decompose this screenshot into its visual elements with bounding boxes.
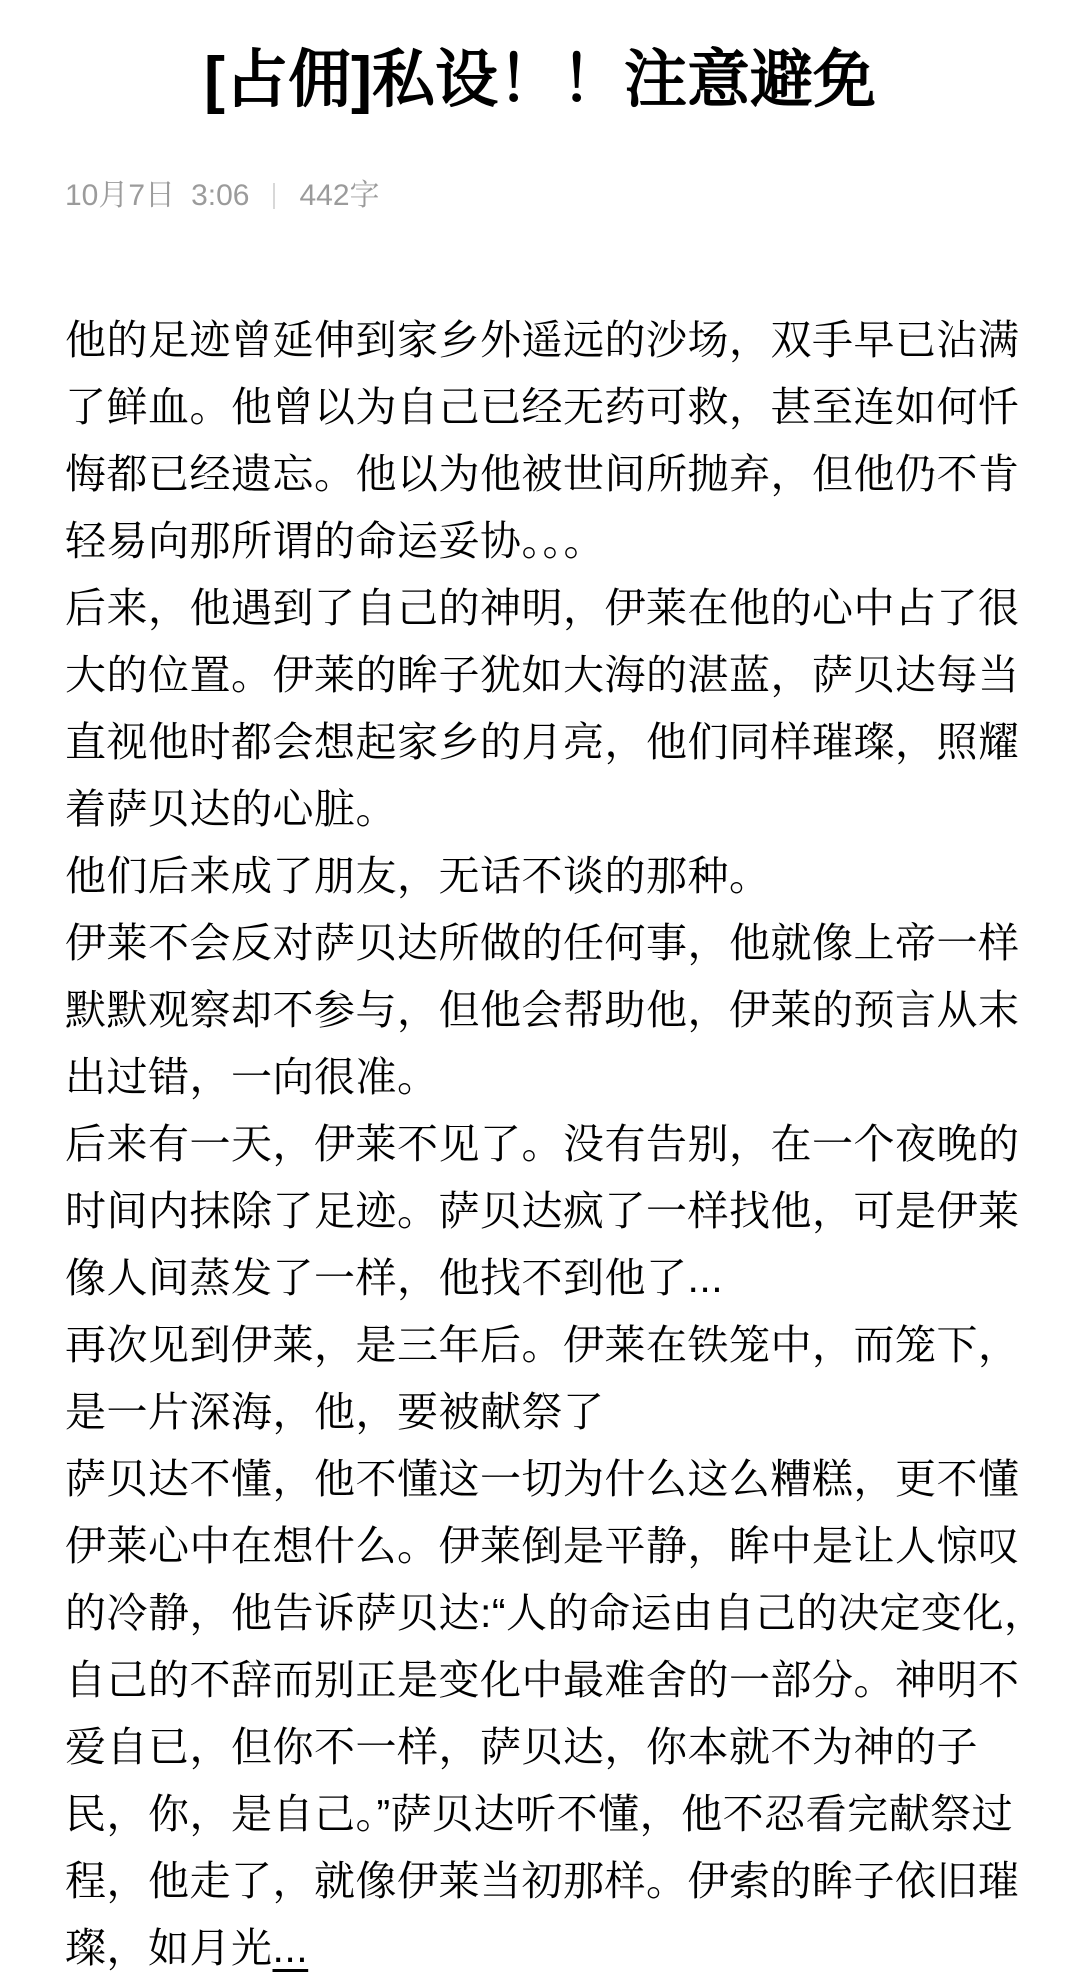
body-line: 民，你，是自己。”萨贝达听不懂，他不忍看完献祭过 xyxy=(65,1781,1015,1848)
body-line-last: 璨，如月光... xyxy=(65,1915,1015,1982)
ellipsis-underlined: ... xyxy=(273,1925,309,1971)
body-line: 程，他走了，就像伊莱当初那样。伊索的眸子依旧璀 xyxy=(65,1848,1015,1915)
body-line: 后来有一天，伊莱不见了。没有告别，在一个夜晚的 xyxy=(65,1111,1015,1178)
body-line: 像人间蒸发了一样，他找不到他了... xyxy=(65,1245,1015,1312)
note-meta: 10月7日 3:06 442字 xyxy=(0,180,1080,212)
note-page: [占佣]私设！！注意避免 10月7日 3:06 442字 他的足迹曾延伸到家乡外… xyxy=(0,0,1080,1987)
body-line: 后来，他遇到了自己的神明，伊莱在他的心中占了很 xyxy=(65,575,1015,642)
body-line: 默默观察却不参与，但他会帮助他，伊莱的预言从末 xyxy=(65,977,1015,1044)
body-line: 着萨贝达的心脏。 xyxy=(65,776,1015,843)
body-line: 直视他时都会想起家乡的月亮，他们同样璀璨，照耀 xyxy=(65,709,1015,776)
note-time: 3:06 xyxy=(191,180,249,212)
body-line: 了鲜血。他曾以为自己已经无药可救，甚至连如何忏 xyxy=(65,374,1015,441)
note-date: 10月7日 xyxy=(65,180,175,212)
body-line: 悔都已经遗忘。他以为他被世间所抛弃，但他仍不肯 xyxy=(65,441,1015,508)
body-line: 伊莱心中在想什么。伊莱倒是平静，眸中是让人惊叹 xyxy=(65,1513,1015,1580)
body-line: 他们后来成了朋友，无话不谈的那种。 xyxy=(65,843,1015,910)
body-line: 大的位置。伊莱的眸子犹如大海的湛蓝，萨贝达每当 xyxy=(65,642,1015,709)
body-line: 轻易向那所谓的命运妥协。。。 xyxy=(65,508,1015,575)
last-line-text: 璨，如月光 xyxy=(65,1925,273,1971)
body-line: 自己的不辞而别正是变化中最难舍的一部分。神明不 xyxy=(65,1647,1015,1714)
body-line: 时间内抹除了足迹。萨贝达疯了一样找他，可是伊莱 xyxy=(65,1178,1015,1245)
body-line: 爱自已，但你不一样，萨贝达，你本就不为神的子 xyxy=(65,1714,1015,1781)
note-title[interactable]: [占佣]私设！！注意避免 xyxy=(0,0,1080,120)
body-line: 他的足迹曾延伸到家乡外遥远的沙场，双手早已沾满 xyxy=(65,307,1015,374)
body-line: 的冷静，他告诉萨贝达:“人的命运由自己的决定变化， xyxy=(65,1580,1015,1647)
body-line: 伊莱不会反对萨贝达所做的任何事，他就像上帝一样 xyxy=(65,910,1015,977)
body-line: 出过错，一向很准。 xyxy=(65,1044,1015,1111)
note-body[interactable]: 他的足迹曾延伸到家乡外遥远的沙场，双手早已沾满了鲜血。他曾以为自己已经无药可救，… xyxy=(0,307,1080,1982)
body-line: 再次见到伊莱，是三年后。伊莱在铁笼中，而笼下， xyxy=(65,1312,1015,1379)
note-word-count: 442字 xyxy=(299,180,379,212)
body-line: 是一片深海，他，要被献祭了 xyxy=(65,1379,1015,1446)
body-line: 萨贝达不懂，他不懂这一切为什么这么糟糕，更不懂 xyxy=(65,1446,1015,1513)
meta-divider xyxy=(273,183,275,209)
